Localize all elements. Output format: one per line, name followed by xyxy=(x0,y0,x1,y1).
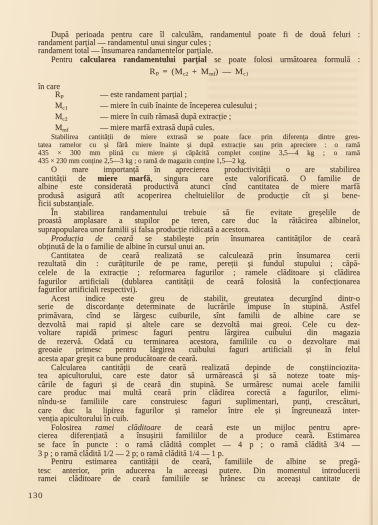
text-segment: ramei clăditoare de ceară familiile se h… xyxy=(38,474,360,483)
text-segment: se poate folosi următoarea formulă : xyxy=(207,55,360,64)
text-segment: ) — M xyxy=(215,66,243,76)
subscript: mf xyxy=(62,127,68,133)
text-segment: 435 × 230 mm conține 2,5—3 kg ; o ramă d… xyxy=(38,157,246,165)
text-line: în care xyxy=(38,83,360,91)
definition-row: Mc2— miere în cuib rămasă după extracție… xyxy=(38,113,360,124)
partial-yield-formula: RP = (Mc2 + Mmf) — Mc1 xyxy=(38,66,360,80)
subscript: c1 xyxy=(62,106,67,112)
text-segment: calcularea randamentului parțial xyxy=(80,55,207,64)
text-segment: tatea ramelor cu și fără miere înainte ș… xyxy=(38,141,360,149)
text-segment: = (M xyxy=(159,66,183,76)
text-line: Pentru calcularea randamentului parțial … xyxy=(38,56,360,64)
subscript: P xyxy=(60,95,63,101)
subscript: c1 xyxy=(243,72,248,78)
text-segment: Pentru xyxy=(51,55,80,64)
page-number: 130 xyxy=(28,490,360,500)
page-text-block: După perioada pentru care îl calculăm, r… xyxy=(38,31,360,500)
text-segment: + M xyxy=(188,66,209,76)
subscript: c2 xyxy=(62,116,67,122)
text-segment: 435 × 300 mm plină cu miere și căpăcită … xyxy=(38,149,360,157)
text-line: ramei clăditoare de ceară familiile se h… xyxy=(38,475,360,484)
scanned-book-page: După perioada pentru care îl calculăm, r… xyxy=(0,0,378,525)
text-segment: Stabilirea cantității de miere extrasă s… xyxy=(51,133,360,141)
page-edge-crease xyxy=(369,0,374,525)
definition-text: — miere în cuib rămasă după extracție ; xyxy=(100,113,360,124)
